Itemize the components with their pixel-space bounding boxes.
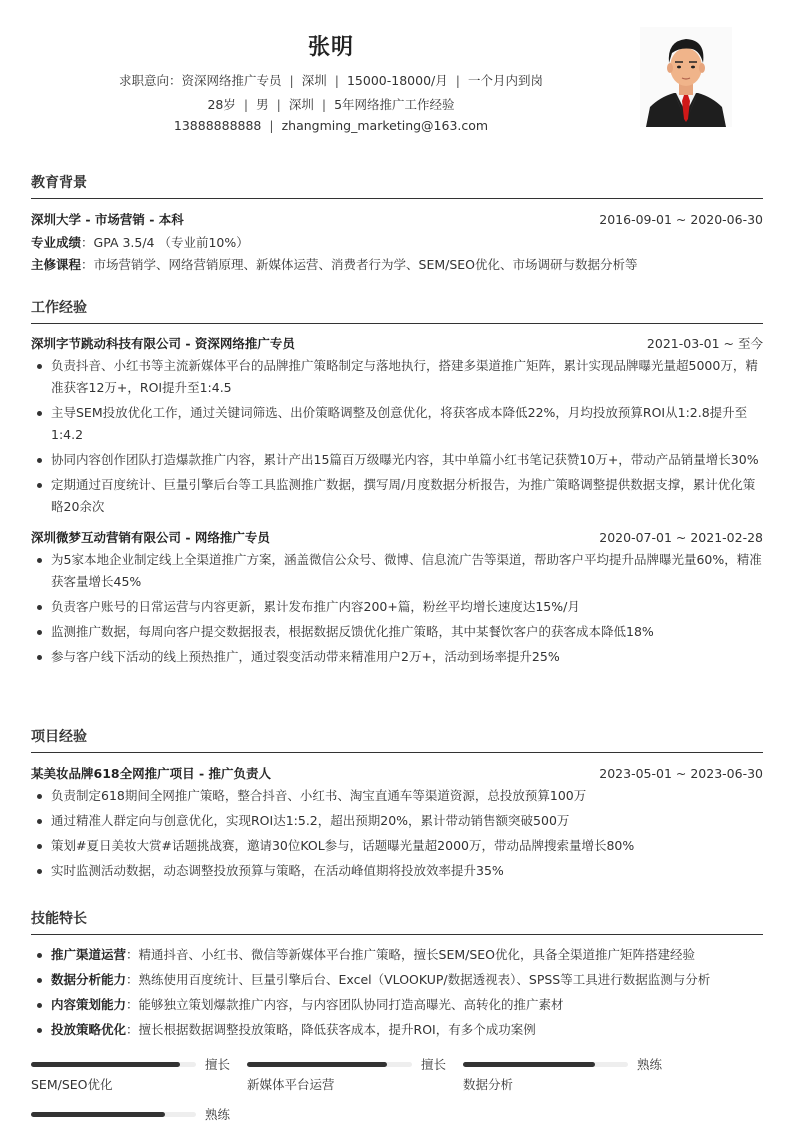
separator: | — [269, 118, 273, 133]
gpa-value: ：GPA 3.5/4 （专业前10%） — [81, 235, 249, 250]
skill-bar-track — [247, 1062, 412, 1067]
skill-bullets: 推广渠道运营：精通抖音、小红书、微信等新媒体平台推广策略，擅长SEM/SEO优化… — [31, 944, 763, 1041]
intent-availability: 一个月内到岗 — [468, 73, 543, 88]
skill-label: 数据分析能力 — [51, 972, 126, 987]
skill-level: 熟练 — [205, 1105, 230, 1123]
courses-line: 主修课程：市场营销学、网络营销原理、新媒体运营、消费者行为学、SEM/SEO优化… — [31, 254, 763, 276]
section-title: 技能特长 — [31, 908, 763, 930]
list-item: 推广渠道运营：精通抖音、小红书、微信等新媒体平台推广策略，擅长SEM/SEO优化… — [31, 944, 763, 966]
job-date: 2021-03-01 ~ 至今 — [647, 334, 763, 352]
gpa-line: 专业成绩：GPA 3.5/4 （专业前10%） — [31, 232, 763, 254]
list-item: 参与客户线下活动的线上预热推广，通过裂变活动带来精准用户2万+，活动到场率提升2… — [31, 646, 763, 668]
skill-label: 投放策略优化 — [51, 1022, 126, 1037]
list-item: 实时监测活动数据，动态调整投放预算与策略，在活动峰值期将投放效率提升35% — [31, 860, 763, 882]
skill-bar-track — [463, 1062, 628, 1067]
skill-bar-fill — [31, 1062, 180, 1067]
job-company-title: 深圳微梦互动营销有限公司 - 网络推广专员 — [31, 528, 270, 546]
contact-line: 13888888888|zhangming_marketing@163.com — [0, 118, 662, 133]
list-item: 负责抖音、小红书等主流新媒体平台的品牌推广策略制定与落地执行，搭建多渠道推广矩阵… — [31, 355, 763, 399]
courses-label: 主修课程 — [31, 257, 81, 272]
intent-position: 资深网络推广专员 — [182, 73, 282, 88]
section-divider — [31, 198, 763, 199]
intent-city: 深圳 — [302, 73, 327, 88]
section-divider — [31, 752, 763, 753]
project-bullets: 负责制定618期间全网推广策略，整合抖音、小红书、淘宝直通车等渠道资源，总投放预… — [31, 785, 763, 882]
skill-level: 擅长 — [421, 1055, 446, 1073]
education-entry-header: 深圳大学 - 市场营销 - 本科 2016-09-01 ~ 2020-06-30 — [31, 209, 763, 229]
email: zhangming_marketing@163.com — [282, 118, 488, 133]
skill-bar-fill — [31, 1112, 165, 1117]
separator: | — [456, 73, 460, 88]
skill-name: SEM/SEO优化 — [31, 1075, 113, 1093]
skill-level: 擅长 — [205, 1055, 230, 1073]
list-item: 定期通过百度统计、巨量引擎后台等工具监测推广数据，撰写周/月度数据分析报告，为推… — [31, 474, 763, 518]
list-item: 负责客户账号的日常运营与内容更新，累计发布推广内容200+篇，粉丝平均增长速度达… — [31, 596, 763, 618]
project-entry-header: 某美妆品牌618全网推广项目 - 推广负责人 2023-05-01 ~ 2023… — [31, 763, 763, 783]
experience-years: 5年网络推广工作经验 — [334, 97, 454, 112]
skill-bar-track — [31, 1062, 196, 1067]
skill-name: 数据分析 — [463, 1075, 513, 1093]
job-entry-header: 深圳微梦互动营销有限公司 - 网络推广专员 2020-07-01 ~ 2021-… — [31, 527, 763, 547]
job-bullets: 为5家本地企业制定线上全渠道推广方案，涵盖微信公众号、微博、信息流广告等渠道，帮… — [31, 549, 763, 668]
skill-text: ：熟练使用百度统计、巨量引擎后台、Excel（VLOOKUP/数据透视表）、SP… — [126, 972, 710, 987]
skill-name: 新媒体平台运营 — [247, 1075, 335, 1093]
list-item: 为5家本地企业制定线上全渠道推广方案，涵盖微信公众号、微博、信息流广告等渠道，帮… — [31, 549, 763, 593]
job-entry-header: 深圳字节跳动科技有限公司 - 资深网络推广专员 2021-03-01 ~ 至今 — [31, 333, 763, 353]
separator: | — [244, 97, 248, 112]
list-item: 数据分析能力：熟练使用百度统计、巨量引擎后台、Excel（VLOOKUP/数据透… — [31, 969, 763, 991]
education-section: 教育背景 深圳大学 - 市场营销 - 本科 2016-09-01 ~ 2020-… — [31, 172, 763, 276]
separator: | — [277, 97, 281, 112]
separator: | — [335, 73, 339, 88]
skill-text: ：擅长根据数据调整投放策略，降低获客成本，提升ROI，有多个成功案例 — [126, 1022, 536, 1037]
list-item: 主导SEM投放优化工作，通过关键词筛选、出价策略调整及创意优化，将获客成本降低2… — [31, 402, 763, 446]
list-item: 策划#夏日美妆大赏#话题挑战赛，邀请30位KOL参与，话题曝光量超2000万，带… — [31, 835, 763, 857]
education-date: 2016-09-01 ~ 2020-06-30 — [599, 212, 763, 227]
section-title: 工作经验 — [31, 297, 763, 319]
list-item: 投放策略优化：擅长根据数据调整投放策略，降低获客成本，提升ROI，有多个成功案例 — [31, 1019, 763, 1041]
projects-section: 项目经验 某美妆品牌618全网推广项目 - 推广负责人 2023-05-01 ~… — [31, 726, 763, 885]
job-company-title: 深圳字节跳动科技有限公司 - 资深网络推广专员 — [31, 334, 295, 352]
gender: 男 — [256, 97, 269, 112]
avatar-photo-icon — [640, 27, 732, 127]
job-intent-line: 求职意向：资深网络推广专员|深圳|15000-18000/月|一个月内到岗 — [0, 71, 662, 89]
skill-level: 熟练 — [637, 1055, 662, 1073]
skills-section: 技能特长 推广渠道运营：精通抖音、小红书、微信等新媒体平台推广策略，擅长SEM/… — [31, 908, 763, 1044]
intent-salary: 15000-18000/月 — [347, 73, 448, 88]
city: 深圳 — [289, 97, 314, 112]
resume-page: 张明 求职意向：资深网络推广专员|深圳|15000-18000/月|一个月内到岗… — [0, 0, 794, 1123]
list-item: 内容策划能力：能够独立策划爆款推广内容，与内容团队协同打造高曝光、高转化的推广素… — [31, 994, 763, 1016]
school-degree: 深圳大学 - 市场营销 - 本科 — [31, 210, 184, 228]
basic-info-line: 28岁|男|深圳|5年网络推广工作经验 — [0, 95, 662, 113]
skill-label: 推广渠道运营 — [51, 947, 126, 962]
phone: 13888888888 — [174, 118, 261, 133]
section-divider — [31, 323, 763, 324]
skill-bar-fill — [247, 1062, 387, 1067]
candidate-name: 张明 — [0, 30, 662, 61]
section-divider — [31, 934, 763, 935]
list-item: 监测推广数据，每周向客户提交数据报表，根据数据反馈优化推广策略，其中某餐饮客户的… — [31, 621, 763, 643]
section-title: 项目经验 — [31, 726, 763, 748]
job-bullets: 负责抖音、小红书等主流新媒体平台的品牌推广策略制定与落地执行，搭建多渠道推广矩阵… — [31, 355, 763, 518]
section-title: 教育背景 — [31, 172, 763, 194]
skill-text: ：精通抖音、小红书、微信等新媒体平台推广策略，擅长SEM/SEO优化，具备全渠道… — [126, 947, 695, 962]
separator: | — [290, 73, 294, 88]
separator: | — [322, 97, 326, 112]
intent-label: 求职意向： — [119, 73, 182, 88]
skill-label: 内容策划能力 — [51, 997, 126, 1012]
work-section: 工作经验 深圳字节跳动科技有限公司 - 资深网络推广专员 2021-03-01 … — [31, 297, 763, 671]
skill-bar-track — [31, 1112, 196, 1117]
skill-bar-fill — [463, 1062, 595, 1067]
project-date: 2023-05-01 ~ 2023-06-30 — [599, 766, 763, 781]
list-item: 负责制定618期间全网推广策略，整合抖音、小红书、淘宝直通车等渠道资源，总投放预… — [31, 785, 763, 807]
list-item: 协同内容创作团队打造爆款推广内容，累计产出15篇百万级曝光内容，其中单篇小红书笔… — [31, 449, 763, 471]
list-item: 通过精准人群定向与创意优化，实现ROI达1:5.2，超出预期20%，累计带动销售… — [31, 810, 763, 832]
courses-value: ：市场营销学、网络营销原理、新媒体运营、消费者行为学、SEM/SEO优化、市场调… — [81, 257, 638, 272]
job-date: 2020-07-01 ~ 2021-02-28 — [599, 530, 763, 545]
skill-text: ：能够独立策划爆款推广内容，与内容团队协同打造高曝光、高转化的推广素材 — [126, 997, 564, 1012]
project-title: 某美妆品牌618全网推广项目 - 推广负责人 — [31, 764, 271, 782]
age: 28岁 — [207, 97, 235, 112]
gpa-label: 专业成绩 — [31, 235, 81, 250]
